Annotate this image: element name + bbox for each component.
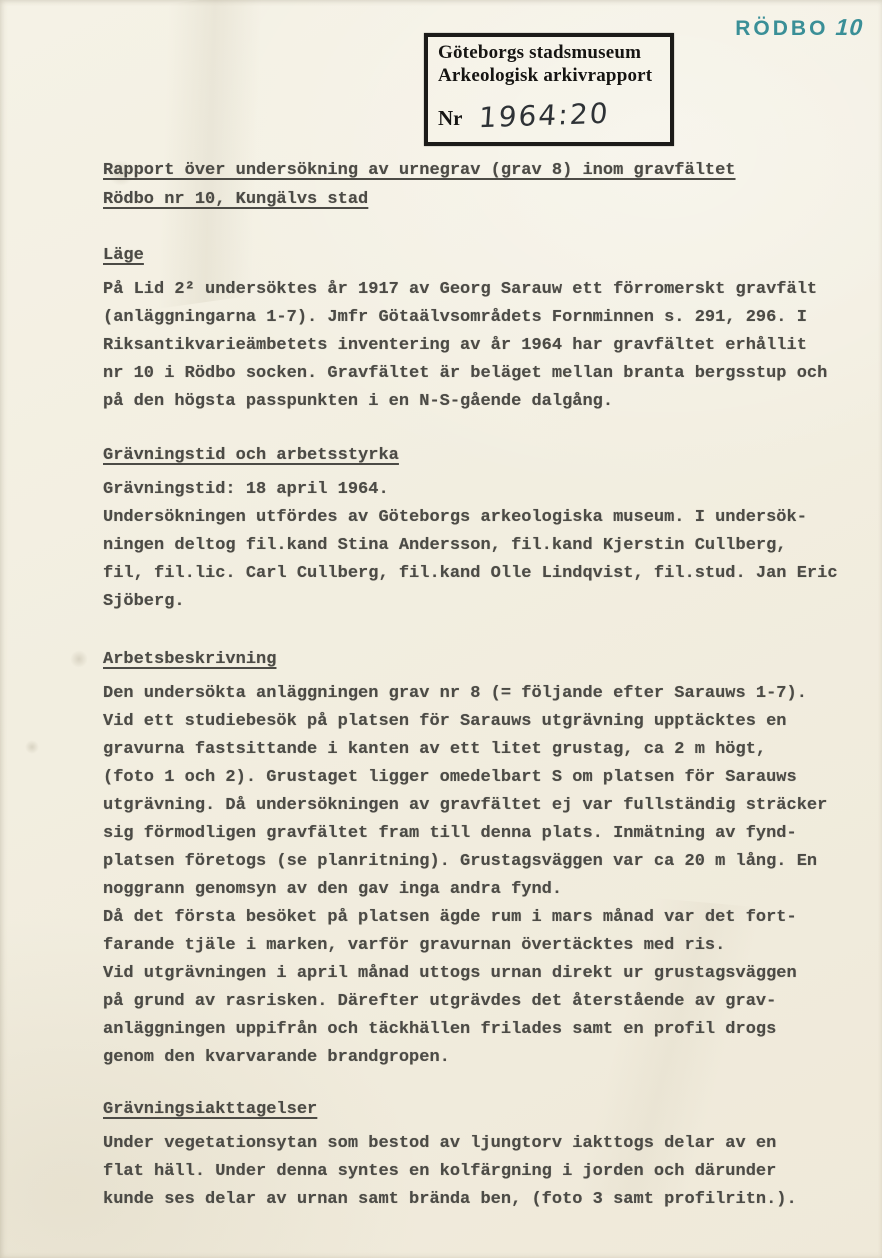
report-section: ArbetsbeskrivningDen undersökta anläggni… <box>103 646 843 1072</box>
stamp-report-type: Arkeologisk arkivrapport <box>438 64 660 87</box>
report-section: Grävningstid och arbetsstyrkaGrävningsti… <box>103 442 843 616</box>
report-title: Rapport över undersökning av urnegrav (g… <box>103 156 843 214</box>
museum-stamp: Göteborgs stadsmuseum Arkeologisk arkivr… <box>424 33 674 146</box>
section-heading: Arbetsbeskrivning <box>103 646 843 674</box>
annotation-label: RÖDBO <box>735 17 828 40</box>
section-paragraph: Under vegetationsytan som bestod av ljun… <box>103 1130 843 1214</box>
stamp-museum-name: Göteborgs stadsmuseum <box>438 41 660 64</box>
document-page: RÖDBO10 Göteborgs stadsmuseum Arkeologis… <box>0 0 882 1258</box>
report-sections: LägePå Lid 2² undersöktes år 1917 av Geo… <box>103 242 843 1214</box>
report-section: GrävningsiakttagelserUnder vegetationsyt… <box>103 1096 843 1214</box>
report-content: Rapport över undersökning av urnegrav (g… <box>103 156 843 1214</box>
section-heading: Grävningstid och arbetsstyrka <box>103 442 843 470</box>
annotation-number: 10 <box>833 14 867 41</box>
paper-smudge <box>70 650 88 668</box>
stamp-nr-row: Nr 1964:20 <box>438 99 660 132</box>
report-section: LägePå Lid 2² undersöktes år 1917 av Geo… <box>103 242 843 416</box>
title-line-1: Rapport över undersökning av urnegrav (g… <box>103 161 736 180</box>
section-heading: Grävningsiakttagelser <box>103 1096 843 1124</box>
handwritten-annotation: RÖDBO10 <box>735 14 864 41</box>
stamp-nr-value: 1964:20 <box>477 97 610 135</box>
section-paragraph: På Lid 2² undersöktes år 1917 av Georg S… <box>103 276 843 416</box>
paper-smudge <box>25 740 39 754</box>
section-paragraph: Grävningstid: 18 april 1964.Undersökning… <box>103 476 843 616</box>
stamp-nr-label: Nr <box>438 106 463 131</box>
section-heading: Läge <box>103 242 843 270</box>
section-paragraph: Den undersökta anläggningen grav nr 8 (=… <box>103 680 843 1072</box>
title-line-2: Rödbo nr 10, Kungälvs stad <box>103 190 368 209</box>
